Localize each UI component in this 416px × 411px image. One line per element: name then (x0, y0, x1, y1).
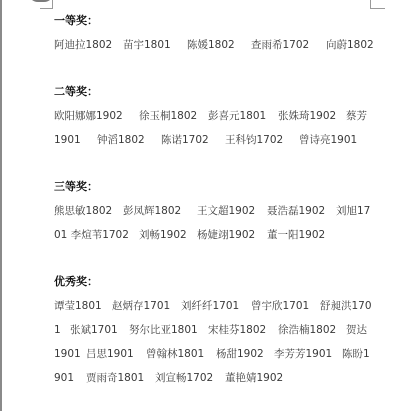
winner-entry: 刘旭17 (336, 204, 370, 218)
name-line: 1901 吕思1901 曾翰林1801 杨甜1902 李芳芳1901 陈盼1 (54, 347, 374, 361)
winner-entry: 陈媛1802 (187, 38, 235, 52)
winner-entry: 向蔚1802 (326, 38, 374, 52)
winner-entry: 查雨希1702 (251, 38, 309, 52)
name-line: 01 李煊苇1702 刘畅1902 杨婕翊1902 董一阳1902 (54, 228, 374, 242)
crop-mark-top-right (370, 0, 385, 9)
winner-entry: 董一阳1902 (267, 228, 325, 242)
crop-mark-top-left (40, 0, 53, 9)
winner-entry: 贾雨奇1801 (86, 371, 144, 385)
winner-entry: 刘畅1902 (139, 228, 187, 242)
winner-entry: 谭莹1801 (54, 299, 102, 313)
winner-entry: 王科钧1702 (225, 133, 283, 147)
section-honorable-mention: 优秀奖： 谭莹1801 赵炳存1701 刘纤纤1701 曾宇欣1701 舒昶洪1… (54, 275, 374, 385)
winner-entry: 王文超1902 (197, 204, 255, 218)
winner-entry: 董艳婧1902 (225, 371, 283, 385)
name-line: 阿迪拉1802 苗宇1801 陈媛1802 查雨希1702 向蔚1802 (54, 38, 374, 52)
winner-entry: 蔡芳 (346, 109, 367, 123)
winner-entry: 刘宣畅1702 (155, 371, 213, 385)
name-line: 熊思敏1802 彭凤辉1802 王文超1902 聂浩磊1902 刘旭17 (54, 204, 374, 218)
winner-entry: 徐玉桐1802 (139, 109, 197, 123)
winner-entry: 张斌1701 (70, 323, 118, 337)
winner-entry: 赵炳存1701 (112, 299, 170, 313)
winner-entry: 宋桂芬1802 (208, 323, 266, 337)
section-heading: 一等奖： (54, 14, 374, 28)
winner-entry: 1901 (54, 133, 81, 147)
section-heading: 优秀奖： (54, 275, 374, 289)
page-left-border (0, 0, 2, 411)
winner-entry: 曾宇欣1701 (251, 299, 309, 313)
winner-entry: 901 (54, 371, 74, 385)
section-first-prize: 一等奖： 阿迪拉1802 苗宇1801 陈媛1802 查雨希1702 向蔚180… (54, 14, 374, 52)
winner-entry: 苗宇1801 (123, 38, 171, 52)
winner-entry: 徐浩楠1802 (278, 323, 336, 337)
winner-entry: 聂浩磊1902 (267, 204, 325, 218)
winner-entry: 杨婕翊1902 (197, 228, 255, 242)
winner-entry: 努尔比亚1801 (129, 323, 198, 337)
winner-entry: 舒昶洪170 (320, 299, 372, 313)
winner-entry: 刘纤纤1701 (181, 299, 239, 313)
winner-entry: 熊思敏1802 (54, 204, 112, 218)
winner-entry: 曾诗亮1901 (299, 133, 357, 147)
section-heading: 三等奖： (54, 180, 374, 194)
winner-entry: 张姝琦1902 (278, 109, 336, 123)
winner-entry: 吕思1901 (86, 347, 134, 361)
name-line: 1 张斌1701 努尔比亚1801 宋桂芬1802 徐浩楠1802 贺达 (54, 323, 374, 337)
section-second-prize: 二等奖： 欧阳娜娜1902 徐玉桐1802 彭喜元1801 张姝琦1902 蔡芳… (54, 85, 374, 147)
winner-entry: 杨甜1902 (216, 347, 264, 361)
section-heading: 二等奖： (54, 85, 374, 99)
winner-entry: 1901 (54, 347, 81, 361)
winner-entry: 01 李煊苇1702 (54, 228, 129, 242)
winner-entry: 陈盼1 (342, 347, 370, 361)
name-line: 谭莹1801 赵炳存1701 刘纤纤1701 曾宇欣1701 舒昶洪170 (54, 299, 374, 313)
winner-entry: 贺达 (346, 323, 367, 337)
section-third-prize: 三等奖： 熊思敏1802 彭凤辉1802 王文超1902 聂浩磊1902 刘旭1… (54, 180, 374, 242)
winner-entry: 钟滔1802 (97, 133, 145, 147)
winner-entry: 陈诺1702 (161, 133, 209, 147)
winner-entry: 李芳芳1901 (274, 347, 332, 361)
name-line: 901 贾雨奇1801 刘宣畅1702 董艳婧1902 (54, 371, 374, 385)
name-line: 1901 钟滔1802 陈诺1702 王科钧1702 曾诗亮1901 (54, 133, 374, 147)
winner-entry: 1 (54, 323, 61, 337)
winner-entry: 彭喜元1801 (208, 109, 266, 123)
winner-entry: 欧阳娜娜1902 (54, 109, 123, 123)
winner-entry: 曾翰林1801 (146, 347, 204, 361)
winner-entry: 彭凤辉1802 (123, 204, 181, 218)
name-line: 欧阳娜娜1902 徐玉桐1802 彭喜元1801 张姝琦1902 蔡芳 (54, 109, 374, 123)
winner-entry: 阿迪拉1802 (54, 38, 112, 52)
